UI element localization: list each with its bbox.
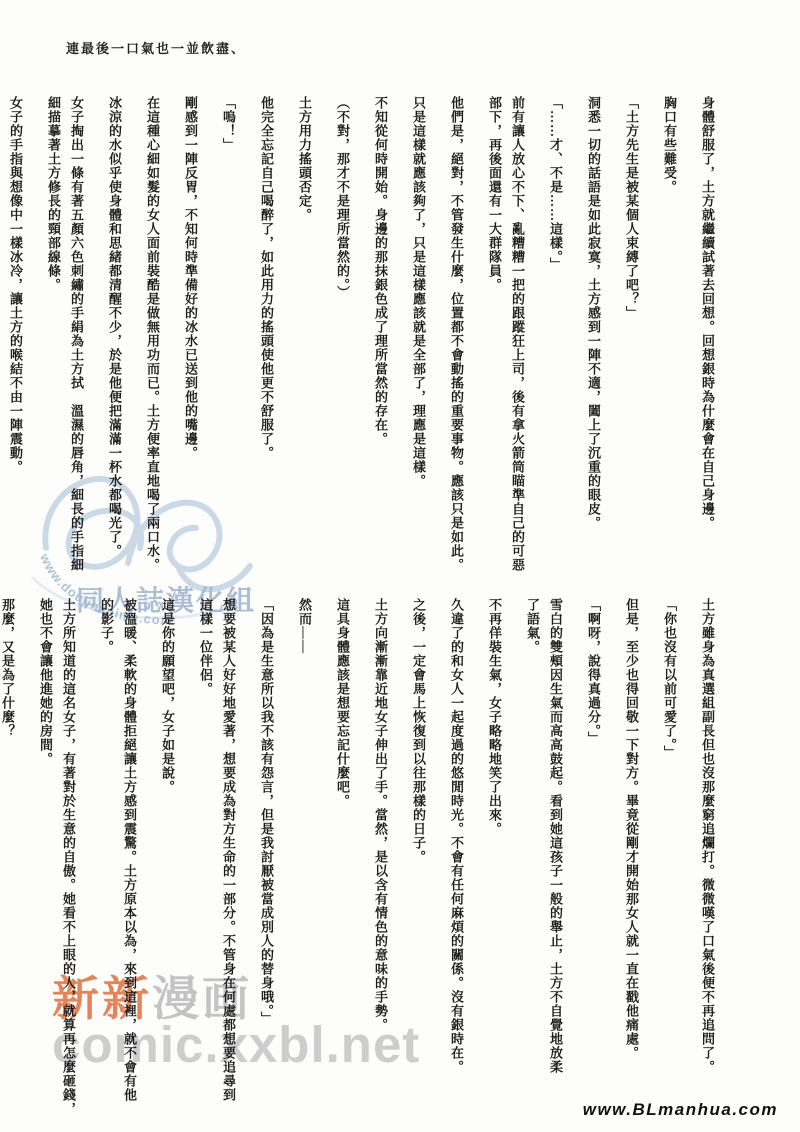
text-column: 胸口有些難受。 <box>658 96 696 601</box>
text-column: 土方雖身為真選組副長但也沒那麼窮追爛打。微微嘆了口氣後便不再追問了。 <box>696 598 734 1130</box>
text-column: 久違了的和女人一起度過的悠閒時光。不會有任何麻煩的關係。沒有銀時在。 <box>445 598 483 1130</box>
text-column: 在這種心細如髮的女人面前裝酷是做無用功而已。土方便率直地喝了兩口水。 <box>141 96 179 601</box>
text-column: 那麼，又是為了什麼？ <box>0 598 34 1130</box>
text-column: 但是，至少也得回敬一下對方。畢竟從剛才開始那女人就一直在戳他痛處。 <box>620 598 658 1130</box>
text-column: 她也不會讓他進她的房間。 <box>34 598 57 1130</box>
bottom-text-block: 土方雖身為真選組副長但也沒那麼窮追爛打。微微嘆了口氣後便不再追問了。「你也沒有以… <box>0 598 734 1130</box>
text-column: 他完全忘記自己喝醉了，如此用力的搖頭使他更不舒服了。 <box>255 96 293 601</box>
text-column: 身體舒服了，土方就繼續試著去回想。回想銀時為什麼會在自己身邊。 <box>696 96 734 601</box>
top-text-block: 身體舒服了，土方就繼續試著去回想。回想銀時為什麼會在自己身邊。胸口有些難受。「土… <box>0 96 734 601</box>
text-column: 土方所知道的這名女子，有著對於生意的自傲。她看不上眼的人，就算再怎麼砸錢， <box>57 598 95 1130</box>
text-column: （不對，那才不是理所當然的。） <box>331 96 369 601</box>
text-column: 雪白的雙頰因生氣而高高鼓起。看到她這孩子一般的舉止，土方不自覺地放柔 <box>544 598 582 1130</box>
text-column: 然而—— <box>293 598 331 1130</box>
text-column: 土方用力搖頭否定。 <box>293 96 331 601</box>
text-column: 被溫暖、柔軟的身體拒絕讓土方感到震驚。土方原本以為，來到這裡，就不會有他 <box>118 598 156 1130</box>
text-column: 只是這樣就應該夠了，只是這樣應該就是全部了，理應是這樣。 <box>407 96 445 601</box>
text-column: 了語氣。 <box>521 598 544 1130</box>
scanned-novel-page: { "header": { "text": "連最後一口氣也一並飲盡、" }, … <box>0 0 800 1132</box>
text-column: 剛感到一陣反胃，不知何時準備好的冰水已送到他的嘴邊。 <box>179 96 217 601</box>
text-column: 不再佯裝生氣，女子略略地笑了出來。 <box>483 598 521 1130</box>
text-column: 「啊呀，說得真過分。」 <box>582 598 620 1130</box>
text-column: 「因為是生意所以我不該有怨言，但是我討厭被當成別人的替身哦。」 <box>255 598 293 1130</box>
text-column: 想要被某人好好地愛著，想要成為對方生命的一部分。不管身在何處都想要追尋到 <box>217 598 255 1130</box>
page-header-title: 連最後一口氣也一並飲盡、 <box>66 38 246 57</box>
text-column: 部下，再後面還有一大群隊員。 <box>483 96 506 601</box>
text-column: 這是你的願望吧，女子如是說。 <box>156 598 194 1130</box>
text-column: 細描摹著土方修長的頸部線條。 <box>42 96 65 601</box>
text-column: 這樣一位伴侶。 <box>194 598 217 1130</box>
text-column: 女子的手指與想像中一樣冰冷，讓土方的喉結不由一陣震動。 <box>4 96 42 601</box>
blmanhua-url-watermark: www.BLmanhua.com <box>583 1100 778 1120</box>
text-column: 土方向漸漸靠近地女子伸出了手。當然，是以含有情色的意味的手勢。 <box>369 598 407 1130</box>
text-column: 前有讓人放心不下、亂糟糟一把的跟蹤狂上司，後有拿火箭筒瞄準自己的可惡 <box>506 96 544 601</box>
text-column: 「你也沒有以前可愛了。」 <box>658 598 696 1130</box>
text-column: 「……才、不是……這樣。」 <box>544 96 582 601</box>
text-column: 女子掏出一條有著五顏六色刺繡的手絹為土方拭 溫濕的唇角，細長的手指細 <box>65 96 103 601</box>
text-column: 之後，一定會馬上恢復到以往那樣的日子。 <box>407 598 445 1130</box>
text-column: 他們是，絕對，不管發生什麼，位置都不會動搖的重要事物。應該只是如此。 <box>445 96 483 601</box>
text-column: 不知從何時開始。身邊的那抹銀色成了理所當然的存在。 <box>369 96 407 601</box>
text-column: 的影子。 <box>95 598 118 1130</box>
text-column: 洞悉一切的話語是如此寂寞，土方感到一陣不適，闔上了沉重的眼皮。 <box>582 96 620 601</box>
text-column: 這具身體應該是想要忘記什麼吧。 <box>331 598 369 1130</box>
text-column: 冰涼的水似乎使身體和思緒都清醒不少，於是他便把滿滿一杯水都喝光了。 <box>103 96 141 601</box>
text-column: 「嗚！」 <box>217 96 255 601</box>
text-column: 「土方先生是被某個人束縛了吧？」 <box>620 96 658 601</box>
